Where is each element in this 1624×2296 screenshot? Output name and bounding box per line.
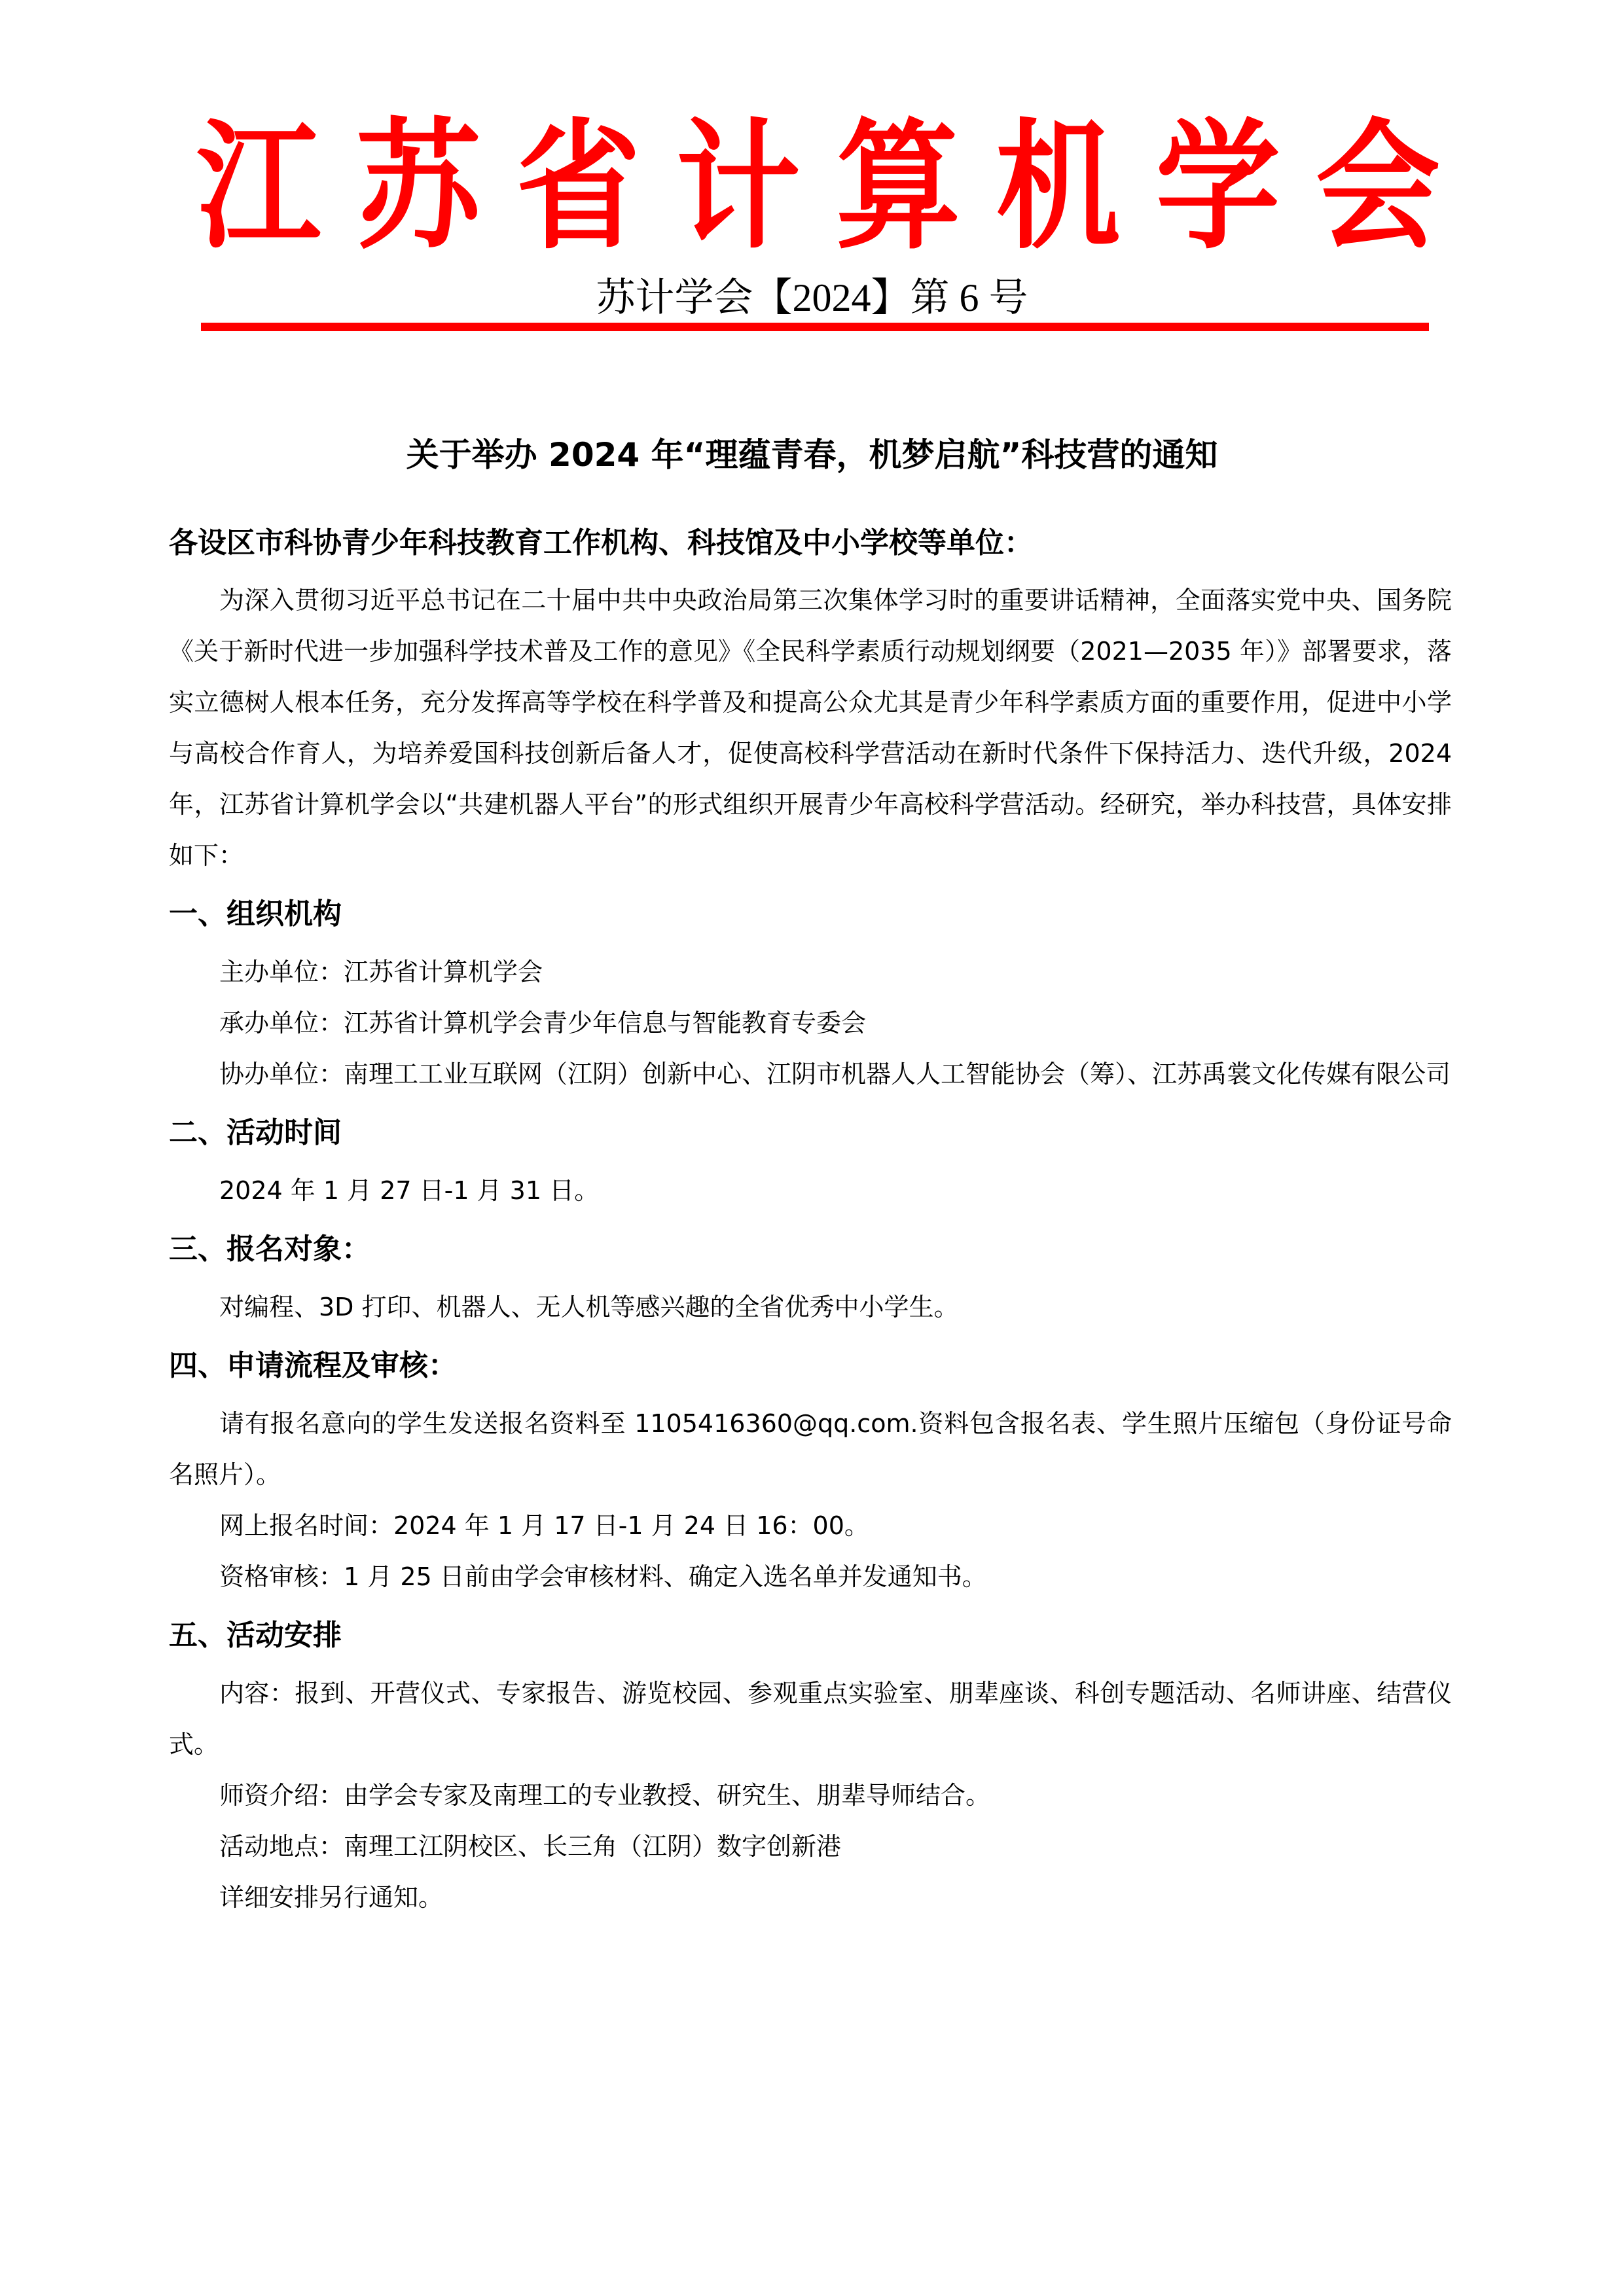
document-page: 江 苏 省 计 算 机 学 会 苏计学会【2024】第 6 号 关于举办 202…: [0, 0, 1624, 2296]
organizer-co-organizers: 协办单位：南理工工业互联网（江阴）创新中心、江阴市机器人人工智能协会（筹）、江苏…: [169, 1049, 1452, 1100]
section-heading: 三、报名对象：: [169, 1223, 1452, 1276]
section-heading: 五、活动安排: [169, 1609, 1452, 1662]
letterhead-char: 江: [196, 106, 321, 267]
registration-window: 网上报名时间：2024 年 1 月 17 日-1 月 24 日 16：00。: [169, 1500, 1452, 1551]
activity-location: 活动地点：南理工江阴校区、长三角（江阴）数字创新港: [169, 1821, 1452, 1872]
letterhead-char: 机: [996, 106, 1120, 267]
activity-content: 内容：报到、开营仪式、专家报告、游览校园、参观重点实验室、朋辈座谈、科创专题活动…: [169, 1668, 1452, 1770]
section-arrangement: 五、活动安排 内容：报到、开营仪式、专家报告、游览校园、参观重点实验室、朋辈座谈…: [169, 1609, 1452, 1923]
organizer-host: 主办单位：江苏省计算机学会: [169, 946, 1452, 997]
section-time: 二、活动时间 2024 年 1 月 27 日-1 月 31 日。: [169, 1106, 1452, 1216]
salutation: 各设区市科协青少年科技教育工作机构、科技馆及中小学校等单位：: [169, 517, 1452, 569]
section-heading: 二、活动时间: [169, 1106, 1452, 1160]
notice-title: 关于举办 2024 年“理蕴青春，机梦启航”科技营的通知: [0, 432, 1624, 478]
organization-letterhead: 江 苏 省 计 算 机 学 会: [196, 115, 1440, 259]
faculty-introduction: 师资介绍：由学会专家及南理工的专业教授、研究生、朋辈导师结合。: [169, 1770, 1452, 1821]
qualification-review: 资格审核：1 月 25 日前由学会审核材料、确定入选名单并发通知书。: [169, 1551, 1452, 1602]
section-application: 四、申请流程及审核： 请有报名意向的学生发送报名资料至 1105416360@q…: [169, 1339, 1452, 1602]
document-number: 苏计学会【2024】第 6 号: [0, 272, 1624, 324]
intro-paragraph: 为深入贯彻习近平总书记在二十届中共中央政治局第三次集体学习时的重要讲话精神，全面…: [169, 575, 1452, 881]
letterhead-char: 学: [1156, 106, 1280, 267]
letterhead-char: 苏: [356, 106, 480, 267]
section-eligibility: 三、报名对象： 对编程、3D 打印、机器人、无人机等感兴趣的全省优秀中小学生。: [169, 1223, 1452, 1333]
letterhead-char: 省: [516, 106, 641, 267]
section-heading: 一、组织机构: [169, 888, 1452, 941]
letterhead-char: 算: [836, 106, 960, 267]
activity-dates: 2024 年 1 月 27 日-1 月 31 日。: [169, 1165, 1452, 1216]
section-organization: 一、组织机构 主办单位：江苏省计算机学会 承办单位：江苏省计算机学会青少年信息与…: [169, 888, 1452, 1100]
organizer-undertaker: 承办单位：江苏省计算机学会青少年信息与智能教育专委会: [169, 997, 1452, 1049]
further-notice: 详细安排另行通知。: [169, 1872, 1452, 1923]
letterhead-char: 会: [1316, 106, 1440, 267]
notice-body: 各设区市科协青少年科技教育工作机构、科技馆及中小学校等单位： 为深入贯彻习近平总…: [169, 517, 1452, 1923]
eligibility-text: 对编程、3D 打印、机器人、无人机等感兴趣的全省优秀中小学生。: [169, 1282, 1452, 1333]
red-divider-rule: [201, 323, 1429, 331]
letterhead-char: 计: [676, 106, 801, 267]
application-instructions: 请有报名意向的学生发送报名资料至 1105416360@qq.com.资料包含报…: [169, 1398, 1452, 1500]
section-heading: 四、申请流程及审核：: [169, 1339, 1452, 1393]
